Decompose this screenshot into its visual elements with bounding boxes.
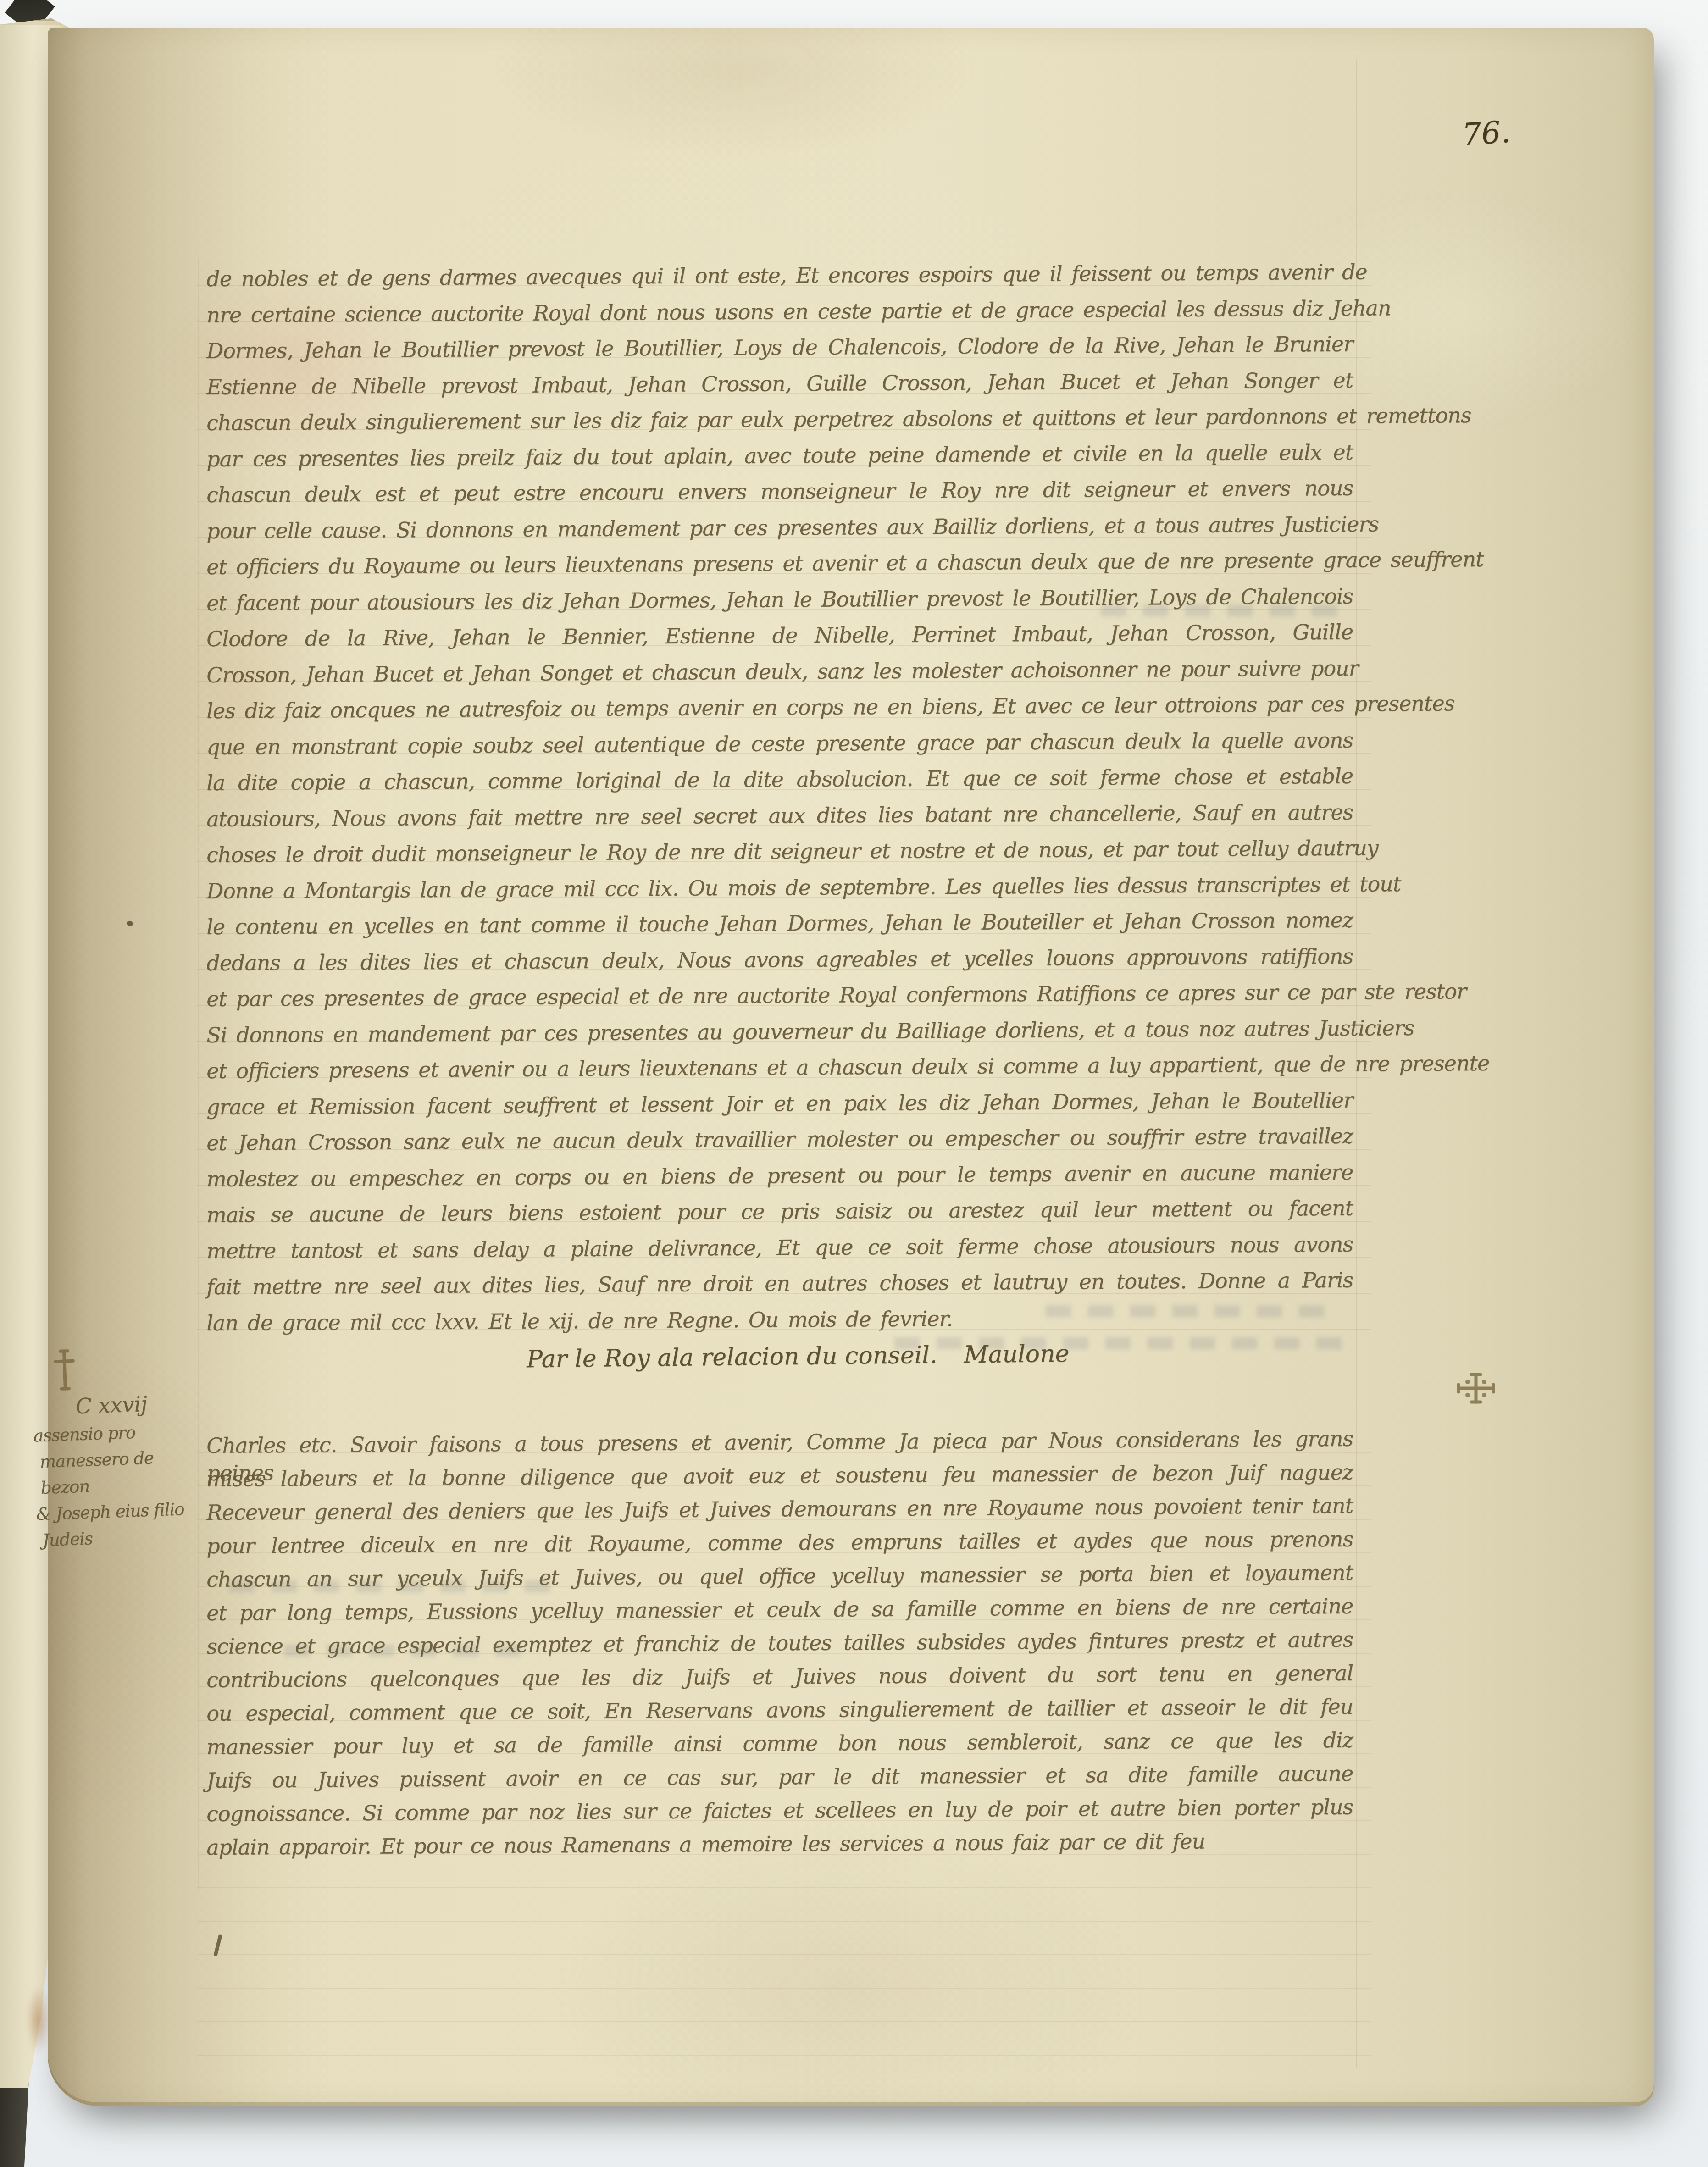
chancery-subscription: Par le Roy ala relacion du conseil.Maulo… [527,1340,1070,1373]
folio-number: 76. [1461,114,1511,152]
subscription-text: Par le Roy ala relacion du conseil. [527,1341,937,1373]
cross-potent-icon [1455,1370,1497,1406]
margin-note-line: manessero de bezon [39,1443,205,1501]
book-strap-bottom [0,2076,29,2167]
rust-stain [27,1986,50,2055]
margin-note: C xxvij assensio pro manessero de bezon … [30,1344,207,1554]
margin-note-number: C xxvij [75,1390,203,1419]
latin-cross-icon [51,1348,78,1393]
clerk-signature: Maulone [964,1340,1070,1369]
manuscript-scan: 76. de nobles et de gens darmes avecques… [0,0,1708,2167]
